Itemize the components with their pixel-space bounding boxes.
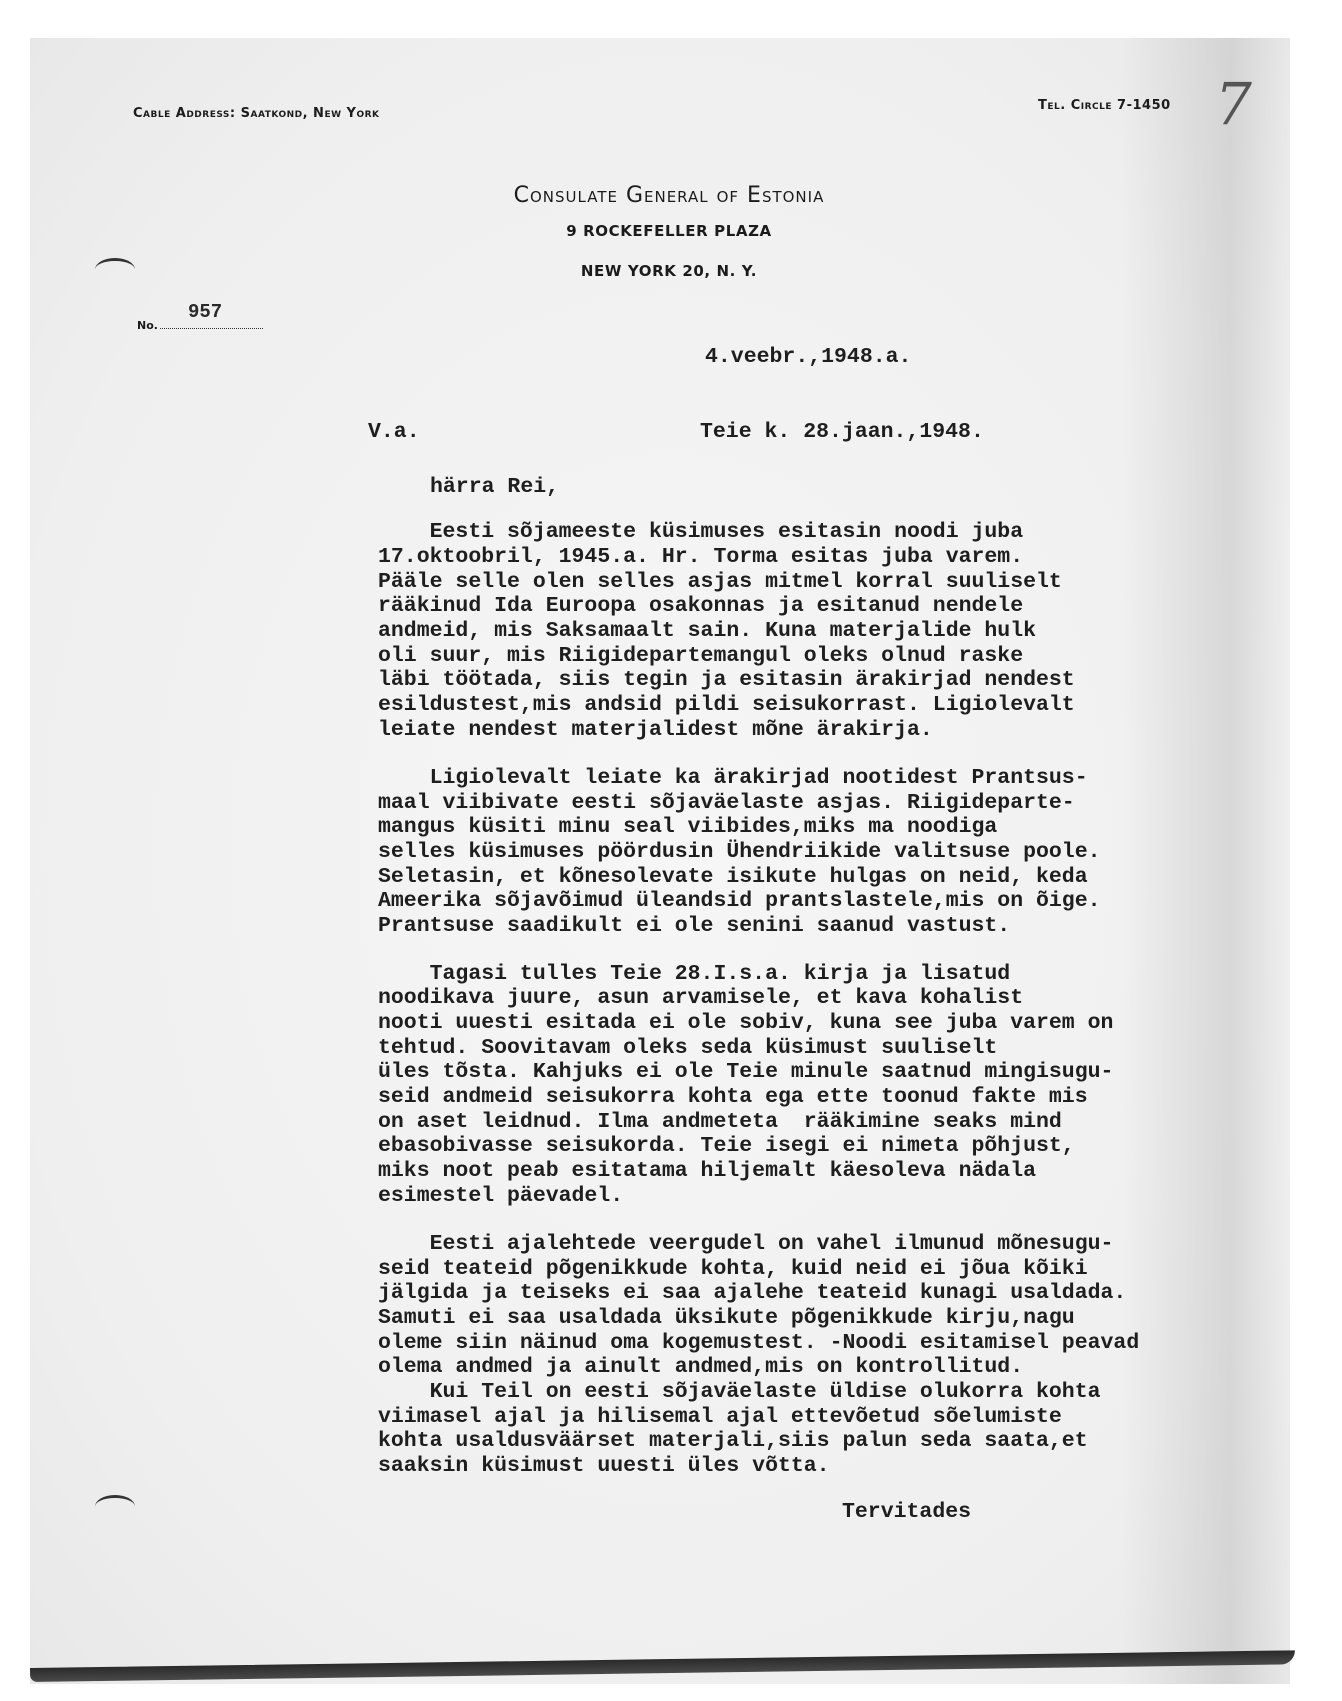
text-line: andmeid, mis Saksamaalt sain. Kuna mater… (378, 619, 1036, 644)
text-line: Prantsuse saadikult ei ole senini saanud… (378, 914, 1010, 939)
text-line: selles küsimuses pöördusin Ühendriikide … (378, 840, 1101, 865)
closing: Tervitades (842, 1500, 971, 1525)
number-label: No. (137, 319, 158, 332)
text-line: viimasel ajal ja hilisemal ajal ettevõet… (378, 1405, 1062, 1430)
text-line: ebasobivasse seisukorda. Teie isegi ei n… (378, 1134, 1075, 1159)
scan-margin-bottom (0, 1684, 1342, 1701)
text-line: esimestel päevadel. (378, 1184, 623, 1209)
text-line: Samuti ei saa usaldada üksikute põgenikk… (378, 1306, 1075, 1331)
handwritten-page-number: 7 (1215, 70, 1252, 138)
text-line: kohta usaldusväärset materjali,siis palu… (378, 1429, 1088, 1454)
number-dotted-line (160, 328, 263, 329)
letter-date: 4.veebr.,1948.a. (705, 345, 911, 370)
reference-line: Teie k. 28.jaan.,1948. (700, 420, 984, 445)
address-line-2: NEW YORK 20, N. Y. (0, 262, 1340, 280)
salutation: härra Rei, (430, 475, 559, 500)
scan-margin-top (0, 0, 1342, 38)
text-line: jälgida ja teiseks ei saa ajalehe teatei… (378, 1281, 1126, 1306)
text-line: miks noot peab esitatama hiljemalt käeso… (378, 1159, 1036, 1184)
telephone-number: Tel. Circle 7-1450 (1038, 98, 1171, 113)
document-number: 957 (188, 301, 222, 323)
text-line: oli suur, mis Riigidepartemangul oleks o… (378, 644, 1023, 669)
scan-margin-left (0, 0, 30, 1701)
text-line: läbi töötada, siis tegin ja esitasin ära… (378, 668, 1075, 693)
text-line: saaksin küsimust uuesti üles võtta. (378, 1454, 830, 1479)
text-line: Eesti ajalehtede veergudel on vahel ilmu… (378, 1232, 1113, 1257)
punch-hole-mark (95, 1495, 135, 1518)
text-line: oleme siin näinud oma kogemustest. -Nood… (378, 1331, 1139, 1356)
organization-name: Consulate General of Estonia (0, 183, 1340, 208)
text-line: nooti uuesti esitada ei ole sobiv, kuna … (378, 1011, 1113, 1036)
text-line: Seletasin, et kõnesolevate isikute hulga… (378, 865, 1088, 890)
address-line-1: 9 ROCKEFELLER PLAZA (0, 222, 1340, 240)
text-line: maal viibivate eesti sõjaväelaste asjas.… (378, 791, 1075, 816)
text-line: Pääle selle olen selles asjas mitmel kor… (378, 570, 1062, 595)
text-line: mangus küsiti minu seal viibides,miks ma… (378, 815, 997, 840)
text-line: leiate nendest materjalidest mõne ärakir… (378, 718, 933, 743)
text-line: on aset leidnud. Ilma andmeteta rääkimin… (378, 1110, 1062, 1135)
text-line: Ameerika sõjavõimud üleandsid prantslast… (378, 889, 1101, 914)
text-line: Tagasi tulles Teie 28.I.s.a. kirja ja li… (378, 962, 1010, 987)
text-line: Eesti sõjameeste küsimuses esitasin nood… (378, 520, 1023, 545)
scan-margin-right (1290, 0, 1342, 1701)
text-line: 17.oktoobril, 1945.a. Hr. Torma esitas j… (378, 545, 1023, 570)
recipient-abbrev: V.a. (368, 420, 420, 445)
text-line: tehtud. Soovitavam oleks seda küsimust s… (378, 1036, 997, 1061)
text-line: olema andmed ja ainult andmed,mis on kon… (378, 1355, 1023, 1380)
text-line: rääkinud Ida Euroopa osakonnas ja esitan… (378, 594, 1023, 619)
text-line: seid andmeid seisukorra kohta ega ette t… (378, 1085, 1088, 1110)
text-line: noodikava juure, asun arvamisele, et kav… (378, 986, 1023, 1011)
text-line: Ligiolevalt leiate ka ärakirjad nootides… (378, 766, 1088, 791)
text-line: Kui Teil on eesti sõjaväelaste üldise ol… (378, 1380, 1101, 1405)
cable-address: Cable Address: Saatkond, New York (133, 106, 380, 121)
text-line: seid teateid põgenikkude kohta, kuid nei… (378, 1257, 1088, 1282)
text-line: üles tõsta. Kahjuks ei ole Teie minule s… (378, 1060, 1113, 1085)
text-line: esildustest,mis andsid pildi seisukorras… (378, 693, 1075, 718)
